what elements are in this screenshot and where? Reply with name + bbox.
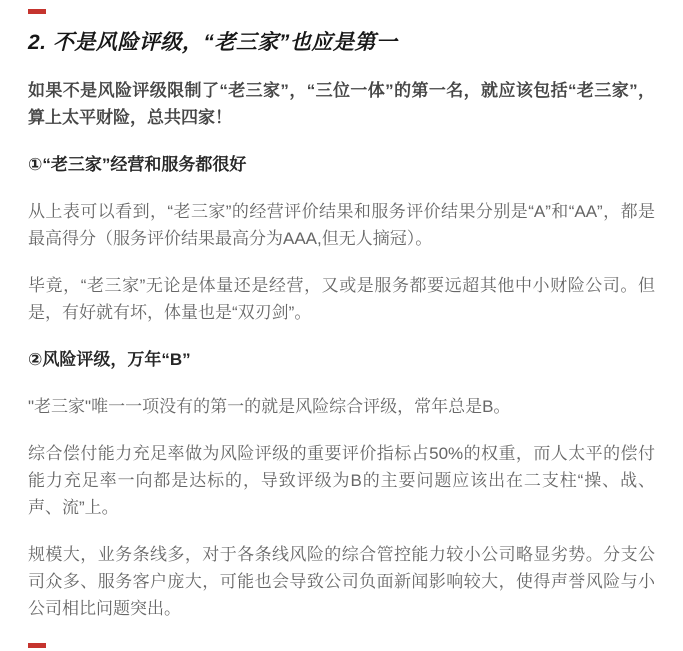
paragraph-ratings-results: 从上表可以看到，“老三家”的经营评价结果和服务评价结果分别是“A”和“AA”，都…	[28, 198, 655, 252]
paragraph-only-missing-first: "老三家"唯一一项没有的第一的就是风险综合评级，常年总是B。	[28, 393, 655, 420]
paragraph-double-edged-sword: 毕竟，“老三家”无论是体量还是经营，又或是服务都要远超其他中小财险公司。但是，有…	[28, 272, 655, 326]
paragraph-intro: 如果不是风险评级限制了“老三家”，“三位一体”的第一名，就应该包括“老三家”，算…	[28, 77, 655, 131]
section-divider-bottom-dash	[28, 643, 46, 648]
paragraph-solvency-ratio: 综合偿付能力充足率做为风险评级的重要评价指标占50%的权重，而人太平的偿付能力充…	[28, 440, 655, 521]
paragraph-scale-risks: 规模大，业务条线多，对于各条线风险的综合管控能力较小公司略显劣势。分支公司众多、…	[28, 541, 655, 622]
subheading-risk-rating-b: ②风险评级，万年“B”	[28, 346, 655, 373]
subheading-operations-service: ①“老三家”经营和服务都很好	[28, 151, 655, 178]
section-divider-top-dash	[28, 9, 46, 14]
article-page: 2. 不是风险评级，“老三家”也应是第一 如果不是风险评级限制了“老三家”，“三…	[0, 0, 683, 651]
section-heading: 2. 不是风险评级，“老三家”也应是第一	[28, 29, 655, 57]
